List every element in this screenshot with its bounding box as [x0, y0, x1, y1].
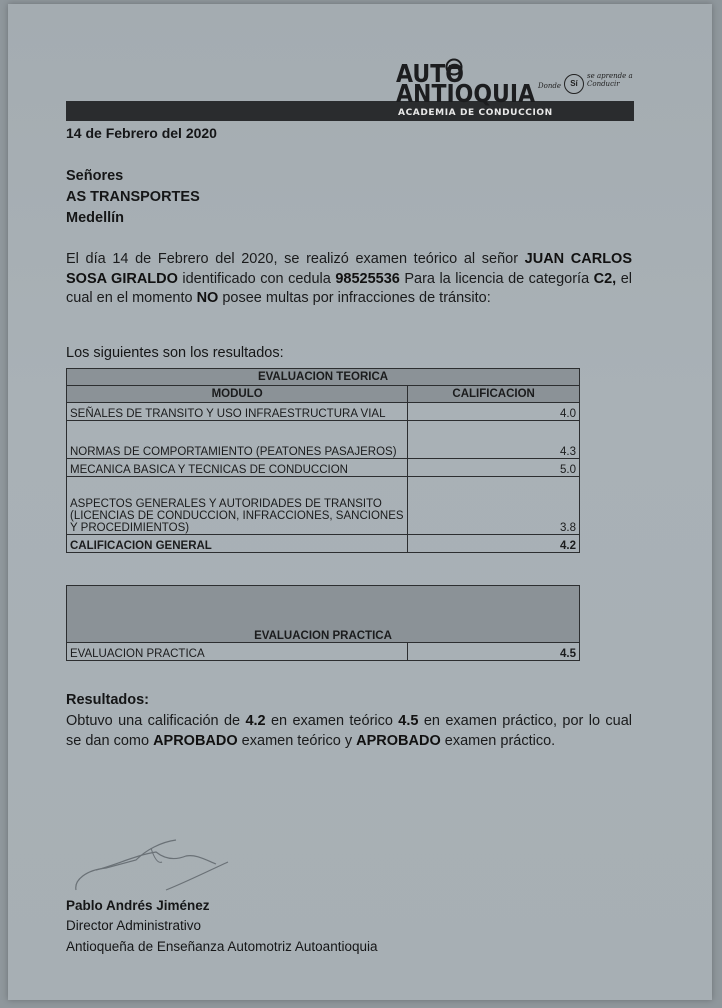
car-icon — [445, 58, 463, 76]
letter-date: 14 de Febrero del 2020 — [66, 125, 217, 141]
table-row: ASPECTOS GENERALES Y AUTORIDADES DE TRAN… — [67, 477, 580, 535]
license-category: C2, — [594, 271, 617, 287]
no-fines-flag: NO — [197, 290, 219, 306]
signer-organization: Antioqueña de Enseñanza Automotriz Autoa… — [66, 939, 377, 954]
module-name: SEÑALES DE TRANSITO Y USO INFRAESTRUCTUR… — [67, 403, 408, 421]
results-intro: Los siguientes son los resultados: — [66, 345, 284, 361]
practice-evaluation-table: EVALUACION PRACTICA EVALUACION PRACTICA … — [66, 585, 580, 661]
module-grade: 3.8 — [408, 477, 580, 535]
conclusion-paragraph: Obtuvo una calificación de 4.2 en examen… — [66, 712, 632, 751]
slogan-circle-badge: Sí — [564, 74, 584, 94]
table-row: EVALUACION PRACTICA 4.5 — [67, 643, 580, 661]
practice-grade: 4.5 — [398, 713, 418, 729]
theory-result: APROBADO — [153, 733, 238, 749]
recipient-city: Medellín — [66, 210, 124, 226]
practice-grade: 4.5 — [408, 643, 580, 661]
slogan-right: se aprende a Conducir — [587, 72, 637, 88]
signer-role: Director Administrativo — [66, 918, 201, 933]
table-row: NORMAS DE COMPORTAMIENTO (PEATONES PASAJ… — [67, 421, 580, 459]
col-header-grade: CALIFICACION — [408, 386, 580, 403]
slogan-left: Donde — [538, 82, 561, 90]
body-text: Para la licencia de categoría — [400, 271, 594, 287]
body-text: identificado con cedula — [178, 271, 335, 287]
cedula-number: 98525536 — [335, 271, 400, 287]
table-row: SEÑALES DE TRANSITO Y USO INFRAESTRUCTUR… — [67, 403, 580, 421]
handwritten-signature — [66, 830, 246, 900]
body-text: Obtuvo una calificación de — [66, 713, 245, 729]
body-paragraph: El día 14 de Febrero del 2020, se realiz… — [66, 250, 632, 309]
total-grade: 4.2 — [408, 535, 580, 553]
table-row: MECANICA BASICA Y TECNICAS DE CONDUCCION… — [67, 459, 580, 477]
signer-name: Pablo Andrés Jiménez — [66, 898, 210, 913]
logo-subtitle: ACADEMIA DE CONDUCCION — [398, 108, 553, 118]
module-grade: 5.0 — [408, 459, 580, 477]
total-label: CALIFICACION GENERAL — [67, 535, 408, 553]
module-grade: 4.0 — [408, 403, 580, 421]
module-name: ASPECTOS GENERALES Y AUTORIDADES DE TRAN… — [67, 477, 408, 535]
module-name: NORMAS DE COMPORTAMIENTO (PEATONES PASAJ… — [67, 421, 408, 459]
recipient-salutation: Señores — [66, 168, 123, 184]
recipient-company: AS TRANSPORTES — [66, 189, 200, 205]
practice-table-title: EVALUACION PRACTICA — [67, 586, 580, 643]
body-text: posee multas por infracciones de tránsit… — [218, 290, 490, 306]
body-text: examen práctico. — [441, 733, 555, 749]
module-name: MECANICA BASICA Y TECNICAS DE CONDUCCION — [67, 459, 408, 477]
logo-line-2: ANTIOQUIA — [396, 80, 535, 109]
module-grade: 4.3 — [408, 421, 580, 459]
practice-result: APROBADO — [356, 733, 441, 749]
body-text: en examen teórico — [266, 713, 399, 729]
body-text: El día 14 de Febrero del 2020, se realiz… — [66, 251, 518, 267]
col-header-module: MODULO — [67, 386, 408, 403]
theory-grade: 4.2 — [245, 713, 265, 729]
table-total-row: CALIFICACION GENERAL 4.2 — [67, 535, 580, 553]
body-text: examen teórico y — [238, 733, 356, 749]
results-heading: Resultados: — [66, 692, 149, 708]
theory-table-title: EVALUACION TEORICA — [67, 369, 580, 386]
practice-label: EVALUACION PRACTICA — [67, 643, 408, 661]
theory-evaluation-table: EVALUACION TEORICA MODULO CALIFICACION S… — [66, 368, 580, 553]
